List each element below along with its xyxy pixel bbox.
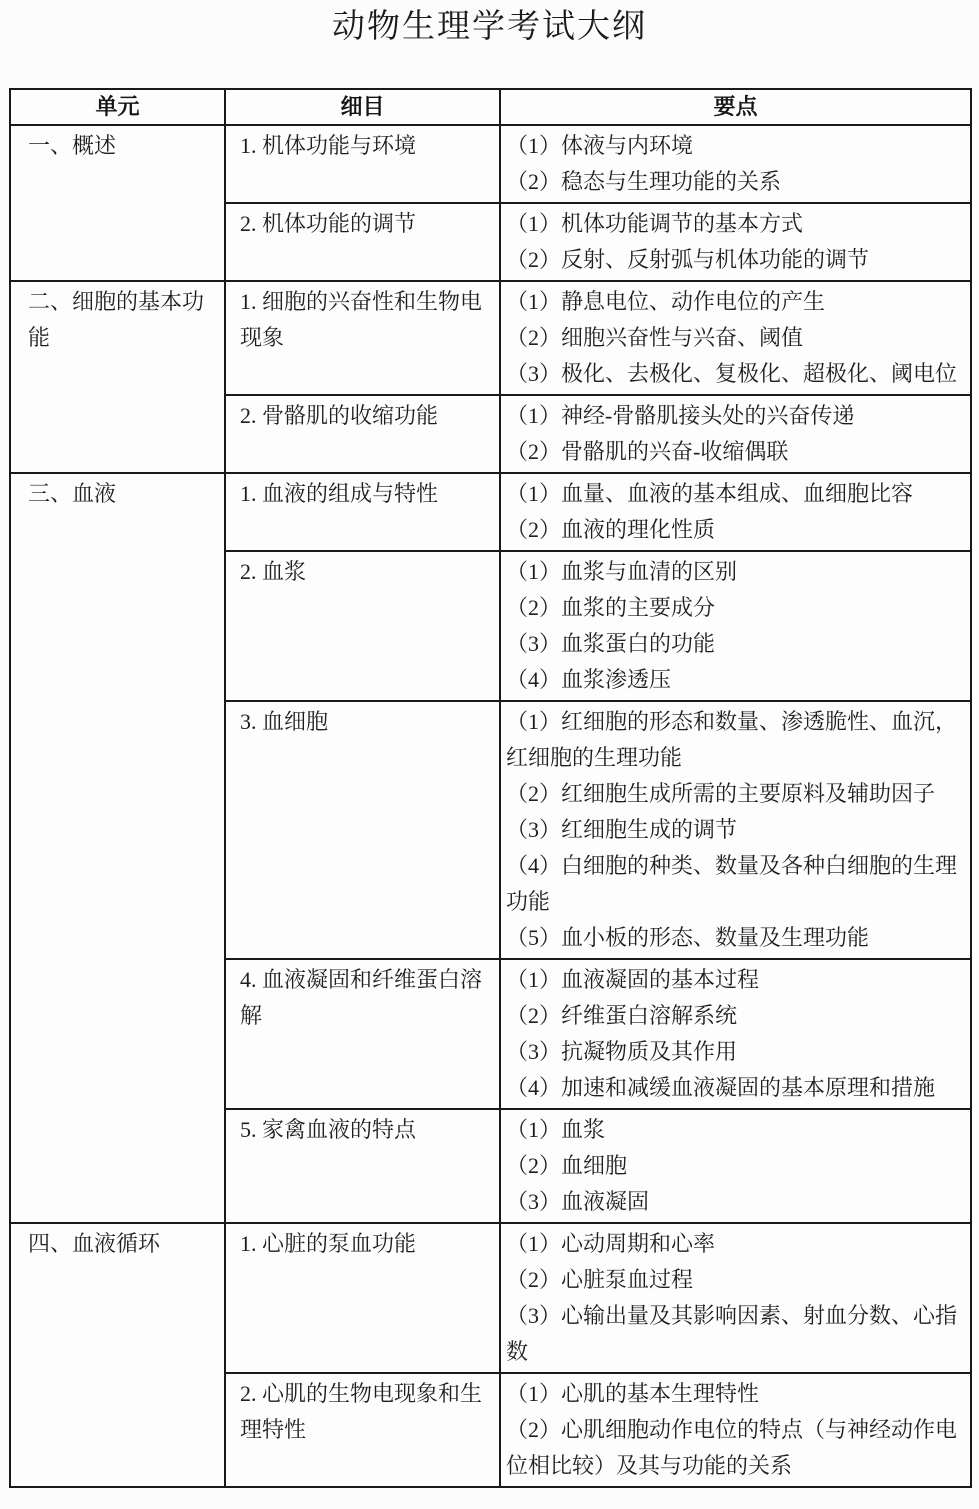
point-item: （1）静息电位、动作电位的产生 (506, 284, 966, 320)
detail-cell: 4. 血液凝固和纤维蛋白溶解 (225, 959, 500, 1109)
point-item: （1）血浆 (506, 1112, 966, 1148)
point-item: （2）心肌细胞动作电位的特点（与神经动作电位相比较）及其与功能的关系 (506, 1412, 966, 1484)
col-header-detail: 细目 (225, 89, 500, 125)
point-item: （2）骨骼肌的兴奋-收缩偶联 (506, 434, 966, 470)
col-header-unit: 单元 (10, 89, 225, 125)
exam-outline-table: 单元 细目 要点 一、概述1. 机体功能与环境（1）体液与内环境（2）稳态与生理… (9, 88, 972, 1488)
point-item: （1）心动周期和心率 (506, 1226, 966, 1262)
points-cell: （1）心肌的基本生理特性（2）心肌细胞动作电位的特点（与神经动作电位相比较）及其… (500, 1373, 971, 1487)
table-row: 四、血液循环1. 心脏的泵血功能（1）心动周期和心率（2）心脏泵血过程（3）心输… (10, 1223, 971, 1373)
point-item: （1）神经-骨骼肌接头处的兴奋传递 (506, 398, 966, 434)
col-header-points: 要点 (500, 89, 971, 125)
points-cell: （1）神经-骨骼肌接头处的兴奋传递（2）骨骼肌的兴奋-收缩偶联 (500, 395, 971, 473)
point-item: （1）红细胞的形态和数量、渗透脆性、血沉，红细胞的生理功能 (506, 704, 966, 776)
detail-cell: 2. 机体功能的调节 (225, 203, 500, 281)
point-item: （4）血浆渗透压 (506, 662, 966, 698)
point-item: （2）细胞兴奋性与兴奋、阈值 (506, 320, 966, 356)
detail-cell: 1. 细胞的兴奋性和生物电现象 (225, 281, 500, 395)
point-item: （3）红细胞生成的调节 (506, 812, 966, 848)
point-item: （3）极化、去极化、复极化、超极化、阈电位 (506, 356, 966, 392)
points-cell: （1）血浆与血清的区别（2）血浆的主要成分（3）血浆蛋白的功能（4）血浆渗透压 (500, 551, 971, 701)
point-item: （2）纤维蛋白溶解系统 (506, 998, 966, 1034)
unit-cell: 三、血液 (10, 473, 225, 1223)
detail-cell: 1. 机体功能与环境 (225, 125, 500, 203)
detail-cell: 1. 心脏的泵血功能 (225, 1223, 500, 1373)
point-item: （3）血浆蛋白的功能 (506, 626, 966, 662)
table-row: 一、概述1. 机体功能与环境（1）体液与内环境（2）稳态与生理功能的关系 (10, 125, 971, 203)
point-item: （2）血液的理化性质 (506, 512, 966, 548)
point-item: （4）加速和减缓血液凝固的基本原理和措施 (506, 1070, 966, 1106)
point-item: （4）白细胞的种类、数量及各种白细胞的生理功能 (506, 848, 966, 920)
points-cell: （1）静息电位、动作电位的产生（2）细胞兴奋性与兴奋、阈值（3）极化、去极化、复… (500, 281, 971, 395)
point-item: （2）血浆的主要成分 (506, 590, 966, 626)
points-cell: （1）血量、血液的基本组成、血细胞比容（2）血液的理化性质 (500, 473, 971, 551)
point-item: （1）心肌的基本生理特性 (506, 1376, 966, 1412)
table-row: 二、细胞的基本功能1. 细胞的兴奋性和生物电现象（1）静息电位、动作电位的产生（… (10, 281, 971, 395)
points-cell: （1）机体功能调节的基本方式（2）反射、反射弧与机体功能的调节 (500, 203, 971, 281)
detail-cell: 5. 家禽血液的特点 (225, 1109, 500, 1223)
points-cell: （1）血液凝固的基本过程（2）纤维蛋白溶解系统（3）抗凝物质及其作用（4）加速和… (500, 959, 971, 1109)
detail-cell: 2. 心肌的生物电现象和生理特性 (225, 1373, 500, 1487)
page-title: 动物生理学考试大纲 (0, 5, 979, 49)
table-row: 三、血液1. 血液的组成与特性（1）血量、血液的基本组成、血细胞比容（2）血液的… (10, 473, 971, 551)
detail-cell: 3. 血细胞 (225, 701, 500, 959)
point-item: （2）反射、反射弧与机体功能的调节 (506, 242, 966, 278)
unit-cell: 一、概述 (10, 125, 225, 281)
document-page: 动物生理学考试大纲 单元 细目 要点 一、概述1. 机体功能与环境（1）体液与内… (0, 0, 979, 1509)
unit-cell: 四、血液循环 (10, 1223, 225, 1487)
point-item: （3）心输出量及其影响因素、射血分数、心指数 (506, 1298, 966, 1370)
points-cell: （1）体液与内环境（2）稳态与生理功能的关系 (500, 125, 971, 203)
detail-cell: 2. 血浆 (225, 551, 500, 701)
point-item: （1）血浆与血清的区别 (506, 554, 966, 590)
point-item: （3）血液凝固 (506, 1184, 966, 1220)
point-item: （1）血液凝固的基本过程 (506, 962, 966, 998)
point-item: （1）机体功能调节的基本方式 (506, 206, 966, 242)
point-item: （5）血小板的形态、数量及生理功能 (506, 920, 966, 956)
detail-cell: 2. 骨骼肌的收缩功能 (225, 395, 500, 473)
point-item: （1）血量、血液的基本组成、血细胞比容 (506, 476, 966, 512)
point-item: （2）血细胞 (506, 1148, 966, 1184)
detail-cell: 1. 血液的组成与特性 (225, 473, 500, 551)
points-cell: （1）血浆（2）血细胞（3）血液凝固 (500, 1109, 971, 1223)
unit-cell: 二、细胞的基本功能 (10, 281, 225, 473)
point-item: （1）体液与内环境 (506, 128, 966, 164)
point-item: （2）红细胞生成所需的主要原料及辅助因子 (506, 776, 966, 812)
header-row: 单元 细目 要点 (10, 89, 971, 125)
points-cell: （1）红细胞的形态和数量、渗透脆性、血沉，红细胞的生理功能（2）红细胞生成所需的… (500, 701, 971, 959)
point-item: （2）心脏泵血过程 (506, 1262, 966, 1298)
point-item: （2）稳态与生理功能的关系 (506, 164, 966, 200)
point-item: （3）抗凝物质及其作用 (506, 1034, 966, 1070)
points-cell: （1）心动周期和心率（2）心脏泵血过程（3）心输出量及其影响因素、射血分数、心指… (500, 1223, 971, 1373)
